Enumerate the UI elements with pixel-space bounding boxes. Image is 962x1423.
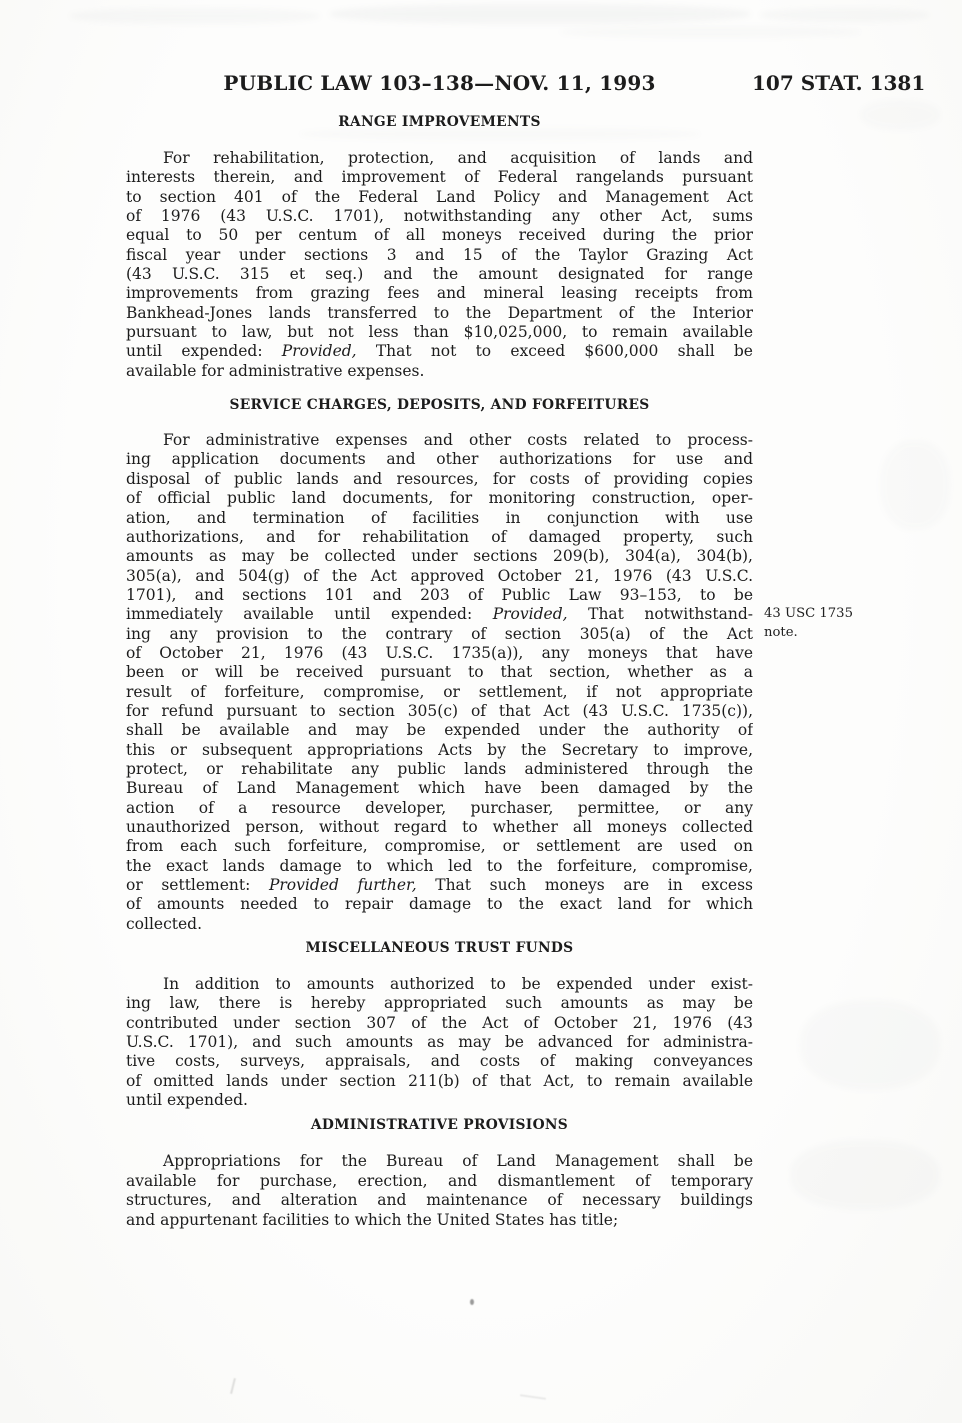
text-line: of 1976 (43 U.S.C. 1701), notwithstandin… (126, 207, 753, 226)
scan-artifact (520, 1394, 546, 1400)
statute-page-number: 107 STAT. 1381 (752, 71, 925, 96)
paragraph: For rehabilitation, protection, and acqu… (126, 149, 753, 381)
section-heading-range-improvements: RANGE IMPROVEMENTS (126, 114, 753, 131)
page-header: PUBLIC LAW 103–138—NOV. 11, 1993 107 STA… (126, 71, 753, 96)
text-line: (43 U.S.C. 315 et seq.) and the amount d… (126, 265, 753, 284)
text-line: from each such forfeiture, compromise, o… (126, 837, 753, 856)
text-line: until expended: Provided, That not to ex… (126, 342, 753, 361)
text-line: interests therein, and improvement of Fe… (126, 168, 753, 187)
scan-artifact (330, 4, 750, 24)
text-line: shall be available and may be expended u… (126, 721, 753, 740)
margin-note-line: 43 USC 1735 (764, 604, 914, 623)
text-line: collected. (126, 915, 753, 934)
text-line: structures, and alteration and maintenan… (126, 1191, 753, 1210)
scan-artifact (470, 1299, 474, 1305)
text-line: or settlement: Provided further, That su… (126, 876, 753, 895)
text-line: disposal of public lands and resources, … (126, 470, 753, 489)
scan-artifact (70, 8, 320, 24)
text-line: Appropriations for the Bureau of Land Ma… (126, 1152, 753, 1171)
text-line: amounts as may be collected under sectio… (126, 547, 753, 566)
text-line: fiscal year under sections 3 and 15 of t… (126, 246, 753, 265)
scan-artifact (800, 1000, 940, 1090)
text-line: In addition to amounts authorized to be … (126, 975, 753, 994)
law-title: PUBLIC LAW 103–138—NOV. 11, 1993 (126, 71, 753, 96)
text-line: to section 401 of the Federal Land Polic… (126, 188, 753, 207)
text-line: 305(a), and 504(g) of the Act approved O… (126, 567, 753, 586)
section-heading-service-charges: SERVICE CHARGES, DEPOSITS, AND FORFEITUR… (126, 397, 753, 414)
text-line: protect, or rehabilitate any public land… (126, 760, 753, 779)
text-line: of October 21, 1976 (43 U.S.C. 1735(a)),… (126, 644, 753, 663)
margin-note-line: note. (764, 623, 914, 642)
us-code-margin-note: 43 USC 1735 note. (764, 604, 914, 642)
text-line: For rehabilitation, protection, and acqu… (126, 149, 753, 168)
scan-artifact (230, 1378, 236, 1394)
paragraph: In addition to amounts authorized to be … (126, 975, 753, 1110)
text-line: immediately available until expended: Pr… (126, 605, 753, 624)
text-line: action of a resource developer, purchase… (126, 799, 753, 818)
text-line: this or subsequent appropriations Acts b… (126, 741, 753, 760)
text-line: pursuant to law, but not less than $10,0… (126, 323, 753, 342)
text-line: been or will be received pursuant to tha… (126, 663, 753, 682)
text-line: unauthorized person, without regard to w… (126, 818, 753, 837)
text-column: PUBLIC LAW 103–138—NOV. 11, 1993 107 STA… (126, 71, 753, 1230)
text-line: available for purchase, erection, and di… (126, 1172, 753, 1191)
text-line: ing application documents and other auth… (126, 450, 753, 469)
text-line: contributed under section 307 of the Act… (126, 1014, 753, 1033)
text-line: U.S.C. 1701), and such amounts as may be… (126, 1033, 753, 1052)
paragraph: For administrative expenses and other co… (126, 431, 753, 934)
text-line: authorizations, and for rehabilitation o… (126, 528, 753, 547)
text-line: available for administrative expenses. (126, 362, 753, 381)
text-line: result of forfeiture, compromise, or set… (126, 683, 753, 702)
section-heading-administrative-provisions: ADMINISTRATIVE PROVISIONS (126, 1117, 753, 1134)
text-line: Bureau of Land Management which have bee… (126, 779, 753, 798)
scan-artifact (560, 26, 860, 38)
text-line: 1701), and sections 101 and 203 of Publi… (126, 586, 753, 605)
text-line: ing any provision to the contrary of sec… (126, 625, 753, 644)
scan-artifact (860, 100, 940, 130)
scan-artifact (760, 8, 930, 22)
text-line: improvements from grazing fees and miner… (126, 284, 753, 303)
text-line: ing law, there is hereby appropriated su… (126, 994, 753, 1013)
scan-artifact (790, 1140, 940, 1210)
paragraph: Appropriations for the Bureau of Land Ma… (126, 1152, 753, 1229)
text-line: the exact lands damage to which led to t… (126, 857, 753, 876)
text-line: of amounts needed to repair damage to th… (126, 895, 753, 914)
text-line: Bankhead-Jones lands transferred to the … (126, 304, 753, 323)
text-line: for refund pursuant to section 305(c) of… (126, 702, 753, 721)
text-line: tive costs, surveys, appraisals, and cos… (126, 1052, 753, 1071)
text-line: of official public land documents, for m… (126, 489, 753, 508)
text-line: equal to 50 per centum of all moneys rec… (126, 226, 753, 245)
section-heading-miscellaneous-trust-funds: MISCELLANEOUS TRUST FUNDS (126, 940, 753, 957)
page: { "document": { "paper_color": "#fcfcfb"… (0, 0, 962, 1423)
text-line: For administrative expenses and other co… (126, 431, 753, 450)
text-line: and appurtenant facilities to which the … (126, 1211, 753, 1230)
text-line: of omitted lands under section 211(b) of… (126, 1072, 753, 1091)
text-line: until expended. (126, 1091, 753, 1110)
scan-artifact (880, 440, 950, 530)
text-line: ation, and termination of facilities in … (126, 509, 753, 528)
